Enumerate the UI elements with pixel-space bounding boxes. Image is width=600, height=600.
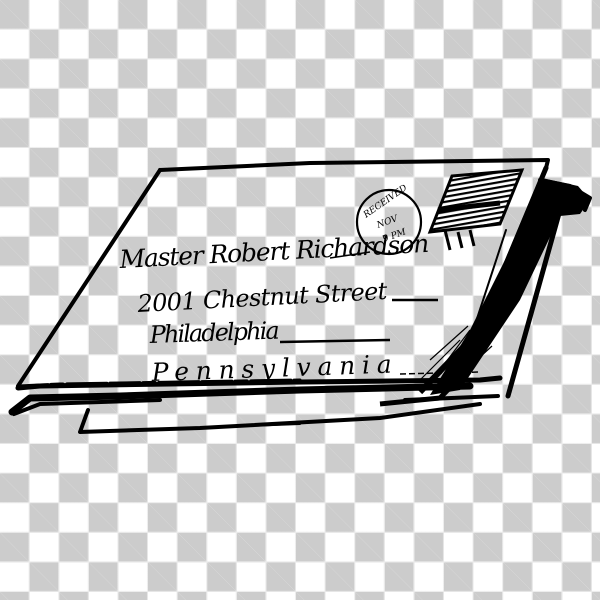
svg-text:NOV: NOV [375,214,401,232]
svg-text:RECEIVED: RECEIVED [361,183,409,221]
address-block: Master Robert Richardson 2001 Chestnut S… [118,229,480,387]
envelope-illustration: RECEIVED NOV 9 PM Master Robert Richards… [0,0,600,600]
address-line-name: Master Robert Richardson [118,229,430,274]
postage-stamp [430,170,522,250]
address-line-city: Philadelphia [148,316,280,349]
address-line-street: 2001 Chestnut Street [136,277,388,318]
